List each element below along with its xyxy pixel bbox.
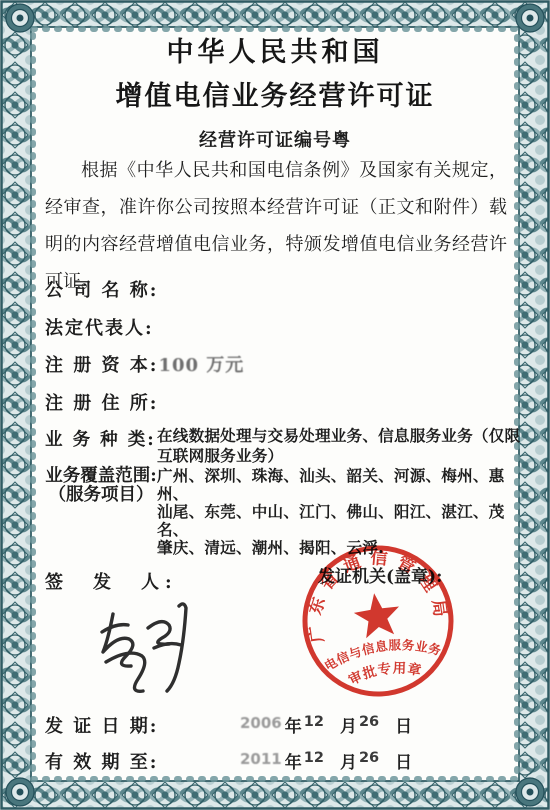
- expiry-day: 26: [359, 750, 379, 766]
- title-license-name: 增值电信业务经营许可证: [0, 74, 550, 113]
- issue-month-unit: 月: [340, 717, 357, 737]
- business-type-value: 在线数据处理与交易处理业务、信息服务业务（仅限 互联网服务业务）: [157, 426, 527, 466]
- title-country: 中华人民共和国: [0, 30, 550, 69]
- expiry-month: 12: [304, 750, 324, 766]
- signer-label: 签 发 人:: [45, 568, 178, 594]
- issue-date-row: 发 证 日 期: 2006年12月26日: [45, 712, 195, 738]
- company-name-label: 公 司 名 称:: [45, 280, 158, 301]
- expiry-year-unit: 年: [285, 753, 302, 773]
- certificate-page: 中华人民共和国 增值电信业务经营许可证 经营许可证编号粤 根据《中华人民共和国电…: [0, 0, 550, 810]
- business-type-line1: 在线数据处理与交易处理业务、信息服务业务（仅限: [157, 426, 527, 446]
- reg-capital-label: 注 册 资 本:: [45, 355, 158, 376]
- official-seal: 广东省通信管理局 电信与信息服务业务 审批专用章: [297, 540, 459, 702]
- issue-day-unit: 日: [395, 717, 412, 737]
- issue-month: 12: [304, 714, 324, 730]
- certificate-title: 中华人民共和国 增值电信业务经营许可证: [0, 30, 550, 113]
- issue-year: 2006: [240, 714, 282, 732]
- seal-star: [352, 590, 403, 639]
- coverage-line1: 广州、深圳、珠海、汕头、韶关、河源、梅州、惠州、: [157, 467, 529, 503]
- coverage-label: 业务覆盖范围: （服务项目）: [45, 467, 157, 505]
- reg-address-label: 注 册 住 所:: [45, 393, 158, 414]
- expiry-month-unit: 月: [340, 753, 357, 773]
- field-registered-address: 注 册 住 所:: [45, 389, 158, 415]
- business-type-label: 业 务 种 类:: [45, 426, 157, 451]
- field-business-type: 业 务 种 类: 在线数据处理与交易处理业务、信息服务业务（仅限 互联网服务业务…: [45, 426, 527, 466]
- expiry-day-unit: 日: [395, 753, 412, 773]
- expiry-date-label: 有 效 期 至:: [45, 748, 195, 774]
- issue-year-unit: 年: [285, 717, 302, 737]
- license-number-line: 经营许可证编号粤: [0, 126, 550, 152]
- field-company-name: 公 司 名 称:: [45, 276, 158, 302]
- coverage-line2: 汕尾、东莞、中山、江门、佛山、阳江、湛江、茂名、: [157, 503, 529, 539]
- signature-handwriting: [86, 598, 206, 706]
- reg-capital-value: 100 万元: [158, 355, 244, 376]
- field-registered-capital: 注 册 资 本:100 万元: [45, 351, 244, 377]
- issue-day: 26: [359, 714, 379, 730]
- legal-rep-label: 法定代表人:: [45, 318, 154, 339]
- coverage-label-line1: 业务覆盖范围:: [45, 467, 157, 486]
- business-type-line2: 互联网服务业务）: [157, 446, 527, 466]
- issue-date-label: 发 证 日 期:: [45, 712, 195, 738]
- expiry-year: 2011: [240, 750, 282, 768]
- expiry-date-row: 有 效 期 至: 2011年12月26日: [45, 748, 195, 774]
- coverage-label-line2: （服务项目）: [45, 486, 157, 505]
- field-legal-representative: 法定代表人:: [45, 314, 154, 340]
